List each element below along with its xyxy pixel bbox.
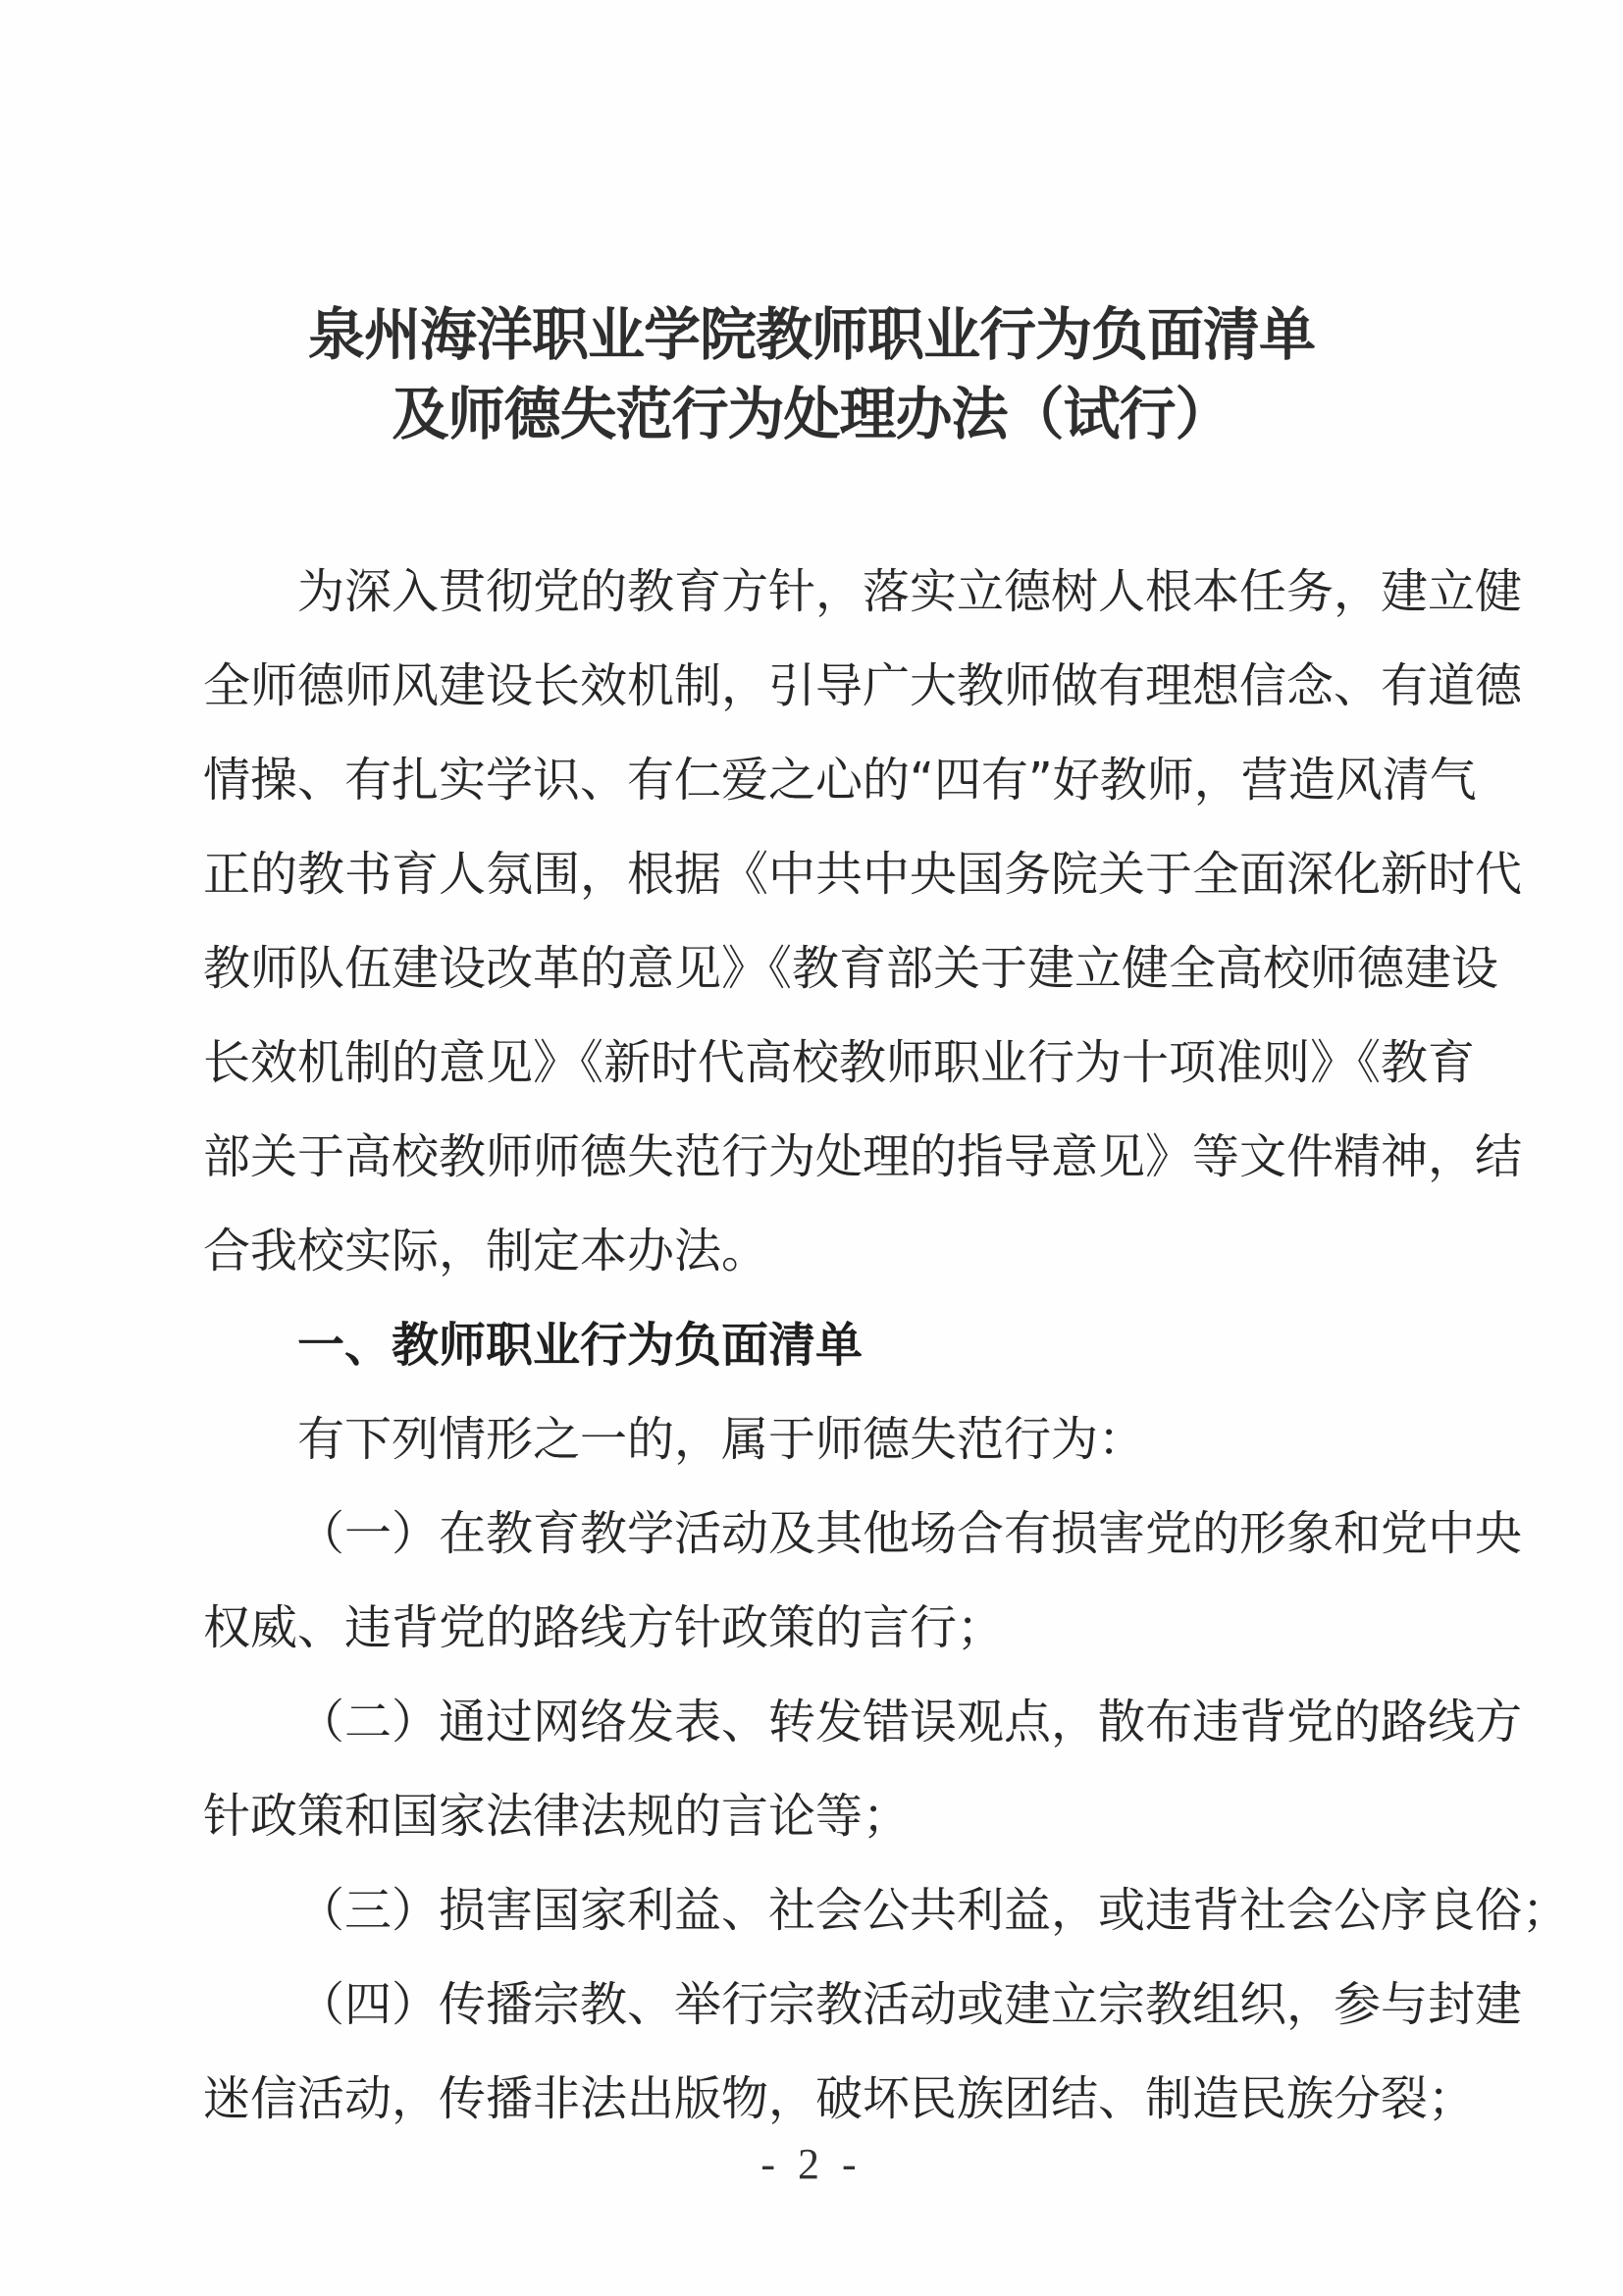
section-heading: 一、教师职业行为负面清单	[203, 1298, 1430, 1392]
preamble-line: 长效机制的意见》《新时代高校教师职业行为十项准则》《教育	[203, 1016, 1430, 1110]
page-number: - 2 -	[0, 2139, 1623, 2189]
list-item-4-line: 迷信活动，传播非法出版物，破坏民族团结、制造民族分裂；	[203, 2052, 1430, 2146]
document-page: 泉州海洋职业学院教师职业行为负面清单 及师德失范行为处理办法（试行） 为深入贯彻…	[0, 0, 1623, 2296]
document-title-line-2: 及师德失范行为处理办法（试行）	[0, 386, 1623, 443]
list-item-1-line: （一）在教育教学活动及其他场合有损害党的形象和党中央	[203, 1487, 1430, 1581]
document-body: 为深入贯彻党的教育方针，落实立德树人根本任务，建立健 全师德师风建设长效机制，引…	[203, 545, 1430, 2146]
preamble-line: 正的教书育人氛围，根据《中共中央国务院关于全面深化新时代	[203, 827, 1430, 921]
preamble-line: 教师队伍建设改革的意见》《教育部关于建立健全高校师德建设	[203, 921, 1430, 1016]
list-item-2-line: 针政策和国家法律法规的言论等；	[203, 1769, 1430, 1863]
list-item-2-line: （二）通过网络发表、转发错误观点，散布违背党的路线方	[203, 1675, 1430, 1769]
list-item-4-line: （四）传播宗教、举行宗教活动或建立宗教组织，参与封建	[203, 1957, 1430, 2052]
preamble-line: 为深入贯彻党的教育方针，落实立德树人根本任务，建立健	[203, 545, 1430, 639]
preamble-line: 情操、有扎实学识、有仁爱之心的“四有”好教师，营造风清气	[203, 733, 1430, 827]
list-item-1-line: 权威、违背党的路线方针政策的言行；	[203, 1581, 1430, 1675]
list-item-3-line: （三）损害国家利益、社会公共利益，或违背社会公序良俗；	[203, 1863, 1430, 1957]
document-title-line-1: 泉州海洋职业学院教师职业行为负面清单	[0, 306, 1623, 363]
preamble-line: 全师德师风建设长效机制，引导广大教师做有理想信念、有道德	[203, 639, 1430, 733]
preamble-line: 部关于高校教师师德失范行为处理的指导意见》等文件精神，结	[203, 1110, 1430, 1204]
intro-line: 有下列情形之一的，属于师德失范行为：	[203, 1392, 1430, 1487]
preamble-line: 合我校实际，制定本办法。	[203, 1204, 1430, 1298]
